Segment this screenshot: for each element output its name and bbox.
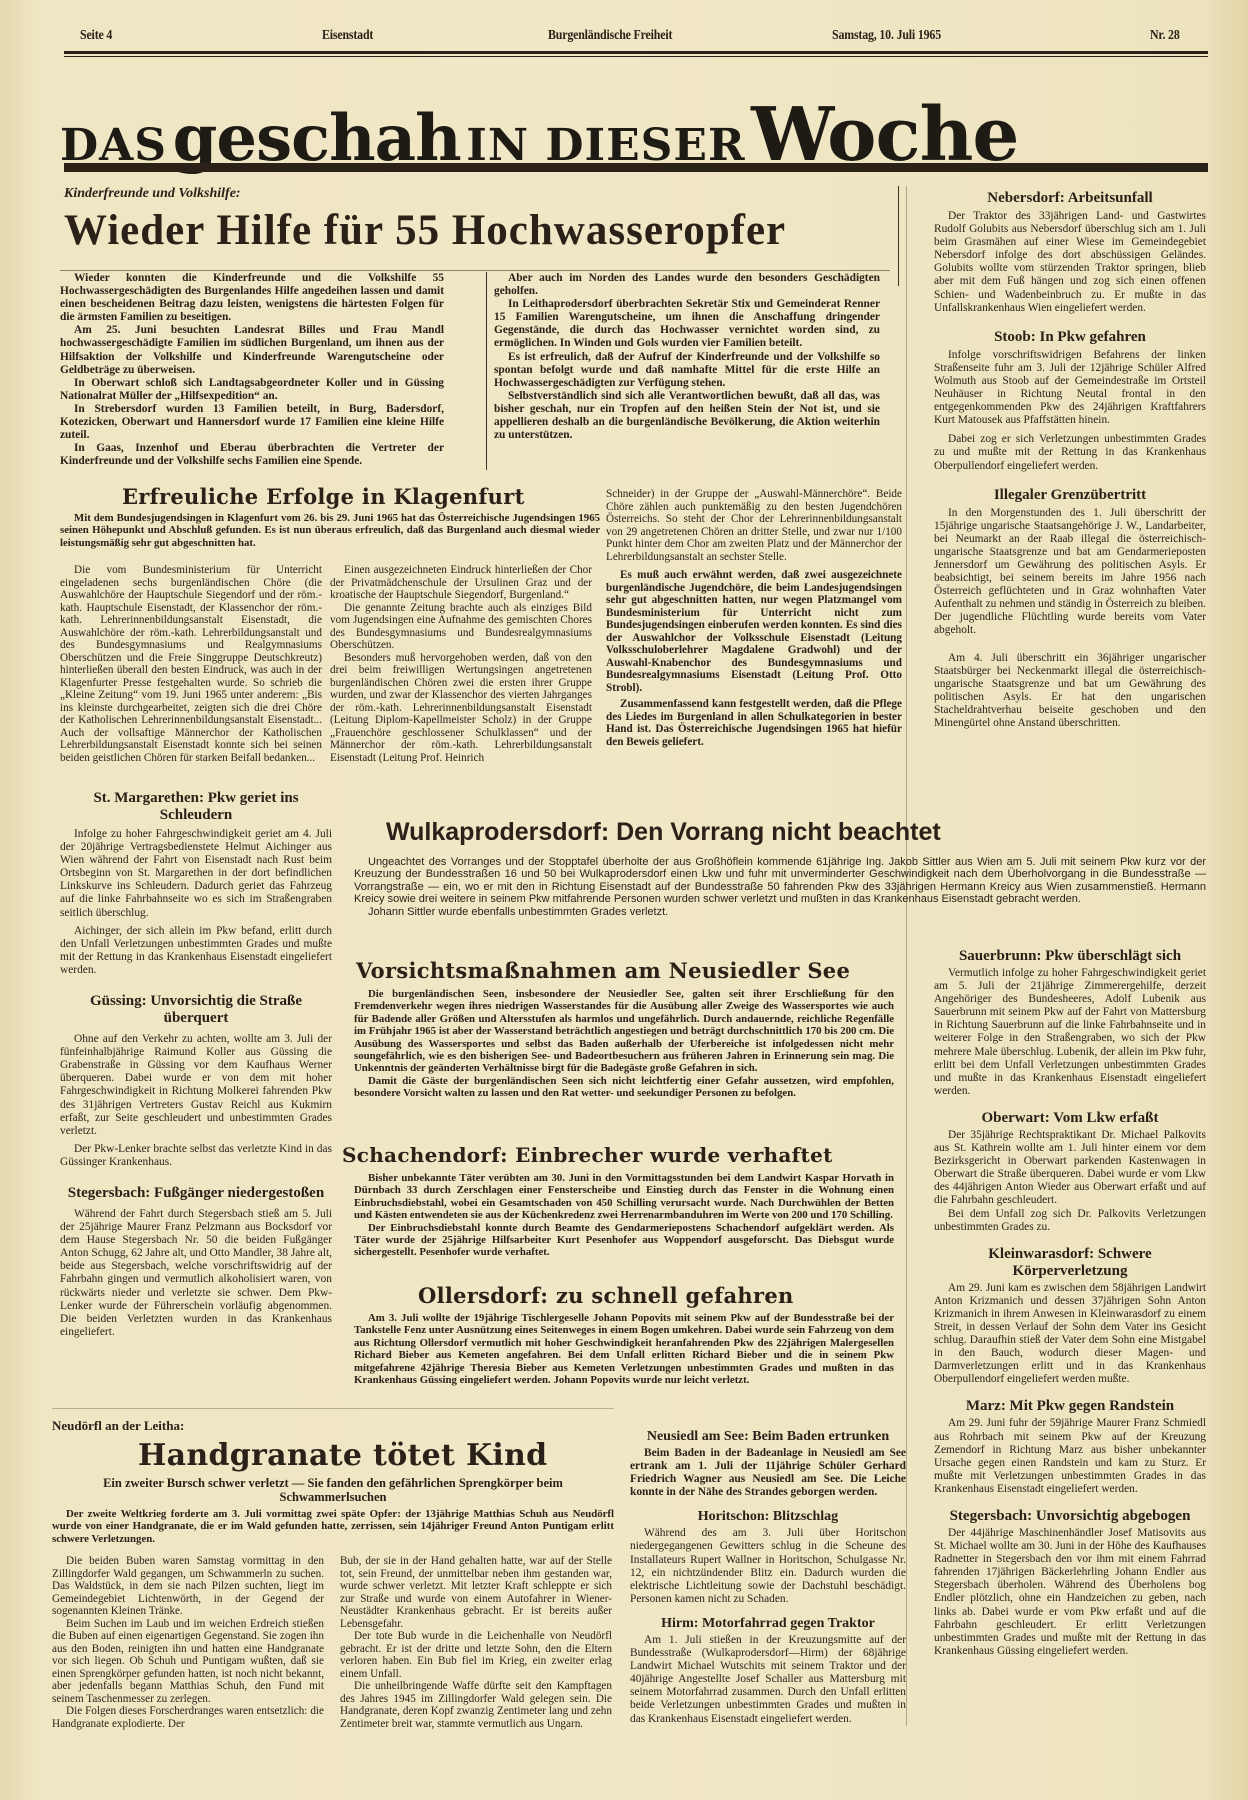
- wulka-body: Ungeachtet des Vorranges und der Stoppta…: [354, 856, 1206, 918]
- lead-column-2: Aber auch im Norden des Landes wurde den…: [494, 272, 880, 442]
- folio-rule-thin: [64, 56, 1208, 57]
- handgranate-headline: Handgranate tötet Kind: [138, 1438, 547, 1473]
- folio-place: Eisenstadt: [322, 28, 373, 50]
- newspaper-page: Seite 4 Eisenstadt Burgenländische Freih…: [0, 0, 1248, 1800]
- handgranate-kicker: Neudörfl an der Leitha:: [52, 1418, 184, 1434]
- article-stoob: Stoob: In Pkw gefahren Infolge vorschrif…: [934, 329, 1206, 473]
- article-guessing: Güssing: Unvorsichtig die Straße überque…: [60, 993, 332, 1169]
- wulka-headline: Wulkaprodersdorf: Den Vorrang nicht beac…: [386, 818, 941, 847]
- ollersdorf-body: Am 3. Juli wollte der 19jährige Tischler…: [354, 1312, 894, 1386]
- lead-rule: [60, 270, 890, 271]
- article-kleinwarasdorf: Kleinwarasdorf: Schwere Körperverletzung…: [934, 1246, 1206, 1387]
- left-column: St. Margarethen: Pkw geriet ins Schleude…: [60, 786, 332, 1339]
- klagenfurt-intro: Mit dem Bundesjugendsingen in Klagenfurt…: [60, 512, 600, 549]
- lead-column-1: Wieder konnten die Kinderfreunde und die…: [60, 272, 444, 468]
- schachendorf-body: Bisher unbekannte Täter verübten am 30. …: [354, 1172, 894, 1259]
- masthead-rule: [64, 163, 1208, 172]
- article-stegersbach-abgebogen: Stegersbach: Unvorsichtig abgebogen Der …: [934, 1508, 1206, 1658]
- klagenfurt-headline: Erfreuliche Erfolge in Klagenfurt: [122, 484, 525, 509]
- neusiedler-body: Die burgenländischen Seen, insbesondere …: [354, 988, 894, 1100]
- middle-bottom-column: Neusiedl am See: Beim Baden ertrunken Be…: [630, 1428, 906, 1726]
- article-st-margarethen: St. Margarethen: Pkw geriet ins Schleude…: [60, 790, 332, 977]
- klagenfurt-column-3: Schneider) in der Gruppe der „Auswahl-Mä…: [606, 488, 902, 748]
- folio-paper-name: Burgenländische Freiheit: [548, 28, 672, 50]
- column-divider: [906, 186, 907, 1726]
- lead-headline: Wieder Hilfe für 55 Hochwasseropfer: [64, 206, 786, 255]
- handgranate-column-1: Die beiden Buben waren Samstag vormittag…: [52, 1555, 324, 1730]
- right-column: Nebersdorf: Arbeitsunfall Der Traktor de…: [934, 190, 1206, 730]
- article-grenzuebertritt: Illegaler Grenzübertritt In den Morgenst…: [934, 487, 1206, 731]
- folio-issue: Nr. 28: [1150, 28, 1180, 50]
- schachendorf-headline: Schachendorf: Einbrecher wurde verhaftet: [342, 1143, 833, 1167]
- section-rule: [52, 1408, 614, 1409]
- article-oberwart: Oberwart: Vom Lkw erfaßt Der 35jährige R…: [934, 1110, 1206, 1234]
- handgranate-subtitle: Ein zweiter Bursch schwer verletzt — Sie…: [52, 1476, 614, 1504]
- handgranate-intro: Der zweite Weltkrieg forderte am 3. Juli…: [52, 1508, 614, 1545]
- folio-date: Samstag, 10. Juli 1965: [832, 28, 941, 50]
- column-divider: [898, 186, 899, 286]
- right-column-lower: Sauerbrunn: Pkw überschlägt sich Vermutl…: [934, 948, 1206, 1658]
- article-horitschon: Horitschon: Blitzschlag Während des am 3…: [630, 1508, 906, 1606]
- article-marz: Marz: Mit Pkw gegen Randstein Am 29. Jun…: [934, 1398, 1206, 1496]
- article-neusiedl-ertrunken: Neusiedl am See: Beim Baden ertrunken Be…: [630, 1428, 906, 1499]
- article-sauerbrunn: Sauerbrunn: Pkw überschlägt sich Vermutl…: [934, 948, 1206, 1098]
- ollersdorf-headline: Ollersdorf: zu schnell gefahren: [418, 1283, 794, 1308]
- klagenfurt-column-1: Die vom Bundesministerium für Unterricht…: [60, 564, 322, 764]
- section-masthead: DAS geschah IN DIESER Woche: [60, 92, 1210, 152]
- article-nebersdorf: Nebersdorf: Arbeitsunfall Der Traktor de…: [934, 190, 1206, 315]
- lead-kicker: Kinderfreunde und Volkshilfe:: [64, 186, 241, 202]
- article-stegersbach-fussgaenger: Stegersbach: Fußgänger niedergestoßen Wä…: [60, 1185, 332, 1339]
- handgranate-column-2: Bub, der sie in der Hand gehalten hatte,…: [340, 1555, 612, 1730]
- klagenfurt-column-2: Einen ausgezeichneten Eindruck hinterlie…: [330, 564, 592, 764]
- article-hirm: Hirm: Motorfahrrad gegen Traktor Am 1. J…: [630, 1615, 906, 1726]
- folio-rule: [64, 51, 1208, 54]
- column-divider: [486, 272, 487, 470]
- page-number: Seite 4: [80, 28, 112, 50]
- neusiedler-headline: Vorsichtsmaßnahmen am Neusiedler See: [356, 958, 850, 983]
